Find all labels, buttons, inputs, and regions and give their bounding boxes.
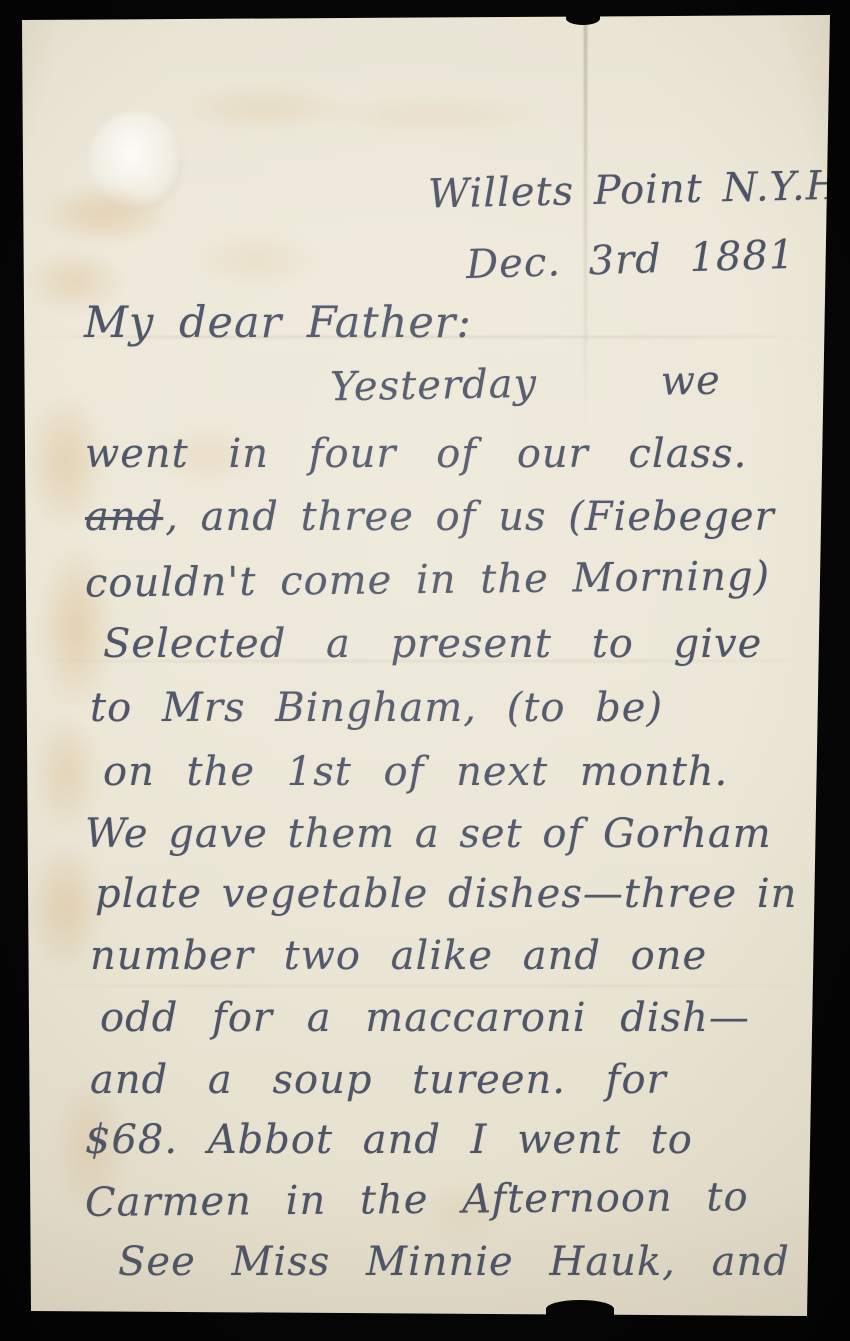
bottom-edge-notch — [546, 1300, 614, 1318]
letter-paper: Willets Point N.Y.H. Dec. 3rd 1881 My de… — [0, 0, 850, 1341]
letter-photo-stage: Willets Point N.Y.H. Dec. 3rd 1881 My de… — [0, 0, 850, 1341]
top-edge-notch — [566, 12, 600, 25]
photo-vignette — [0, 0, 850, 1341]
